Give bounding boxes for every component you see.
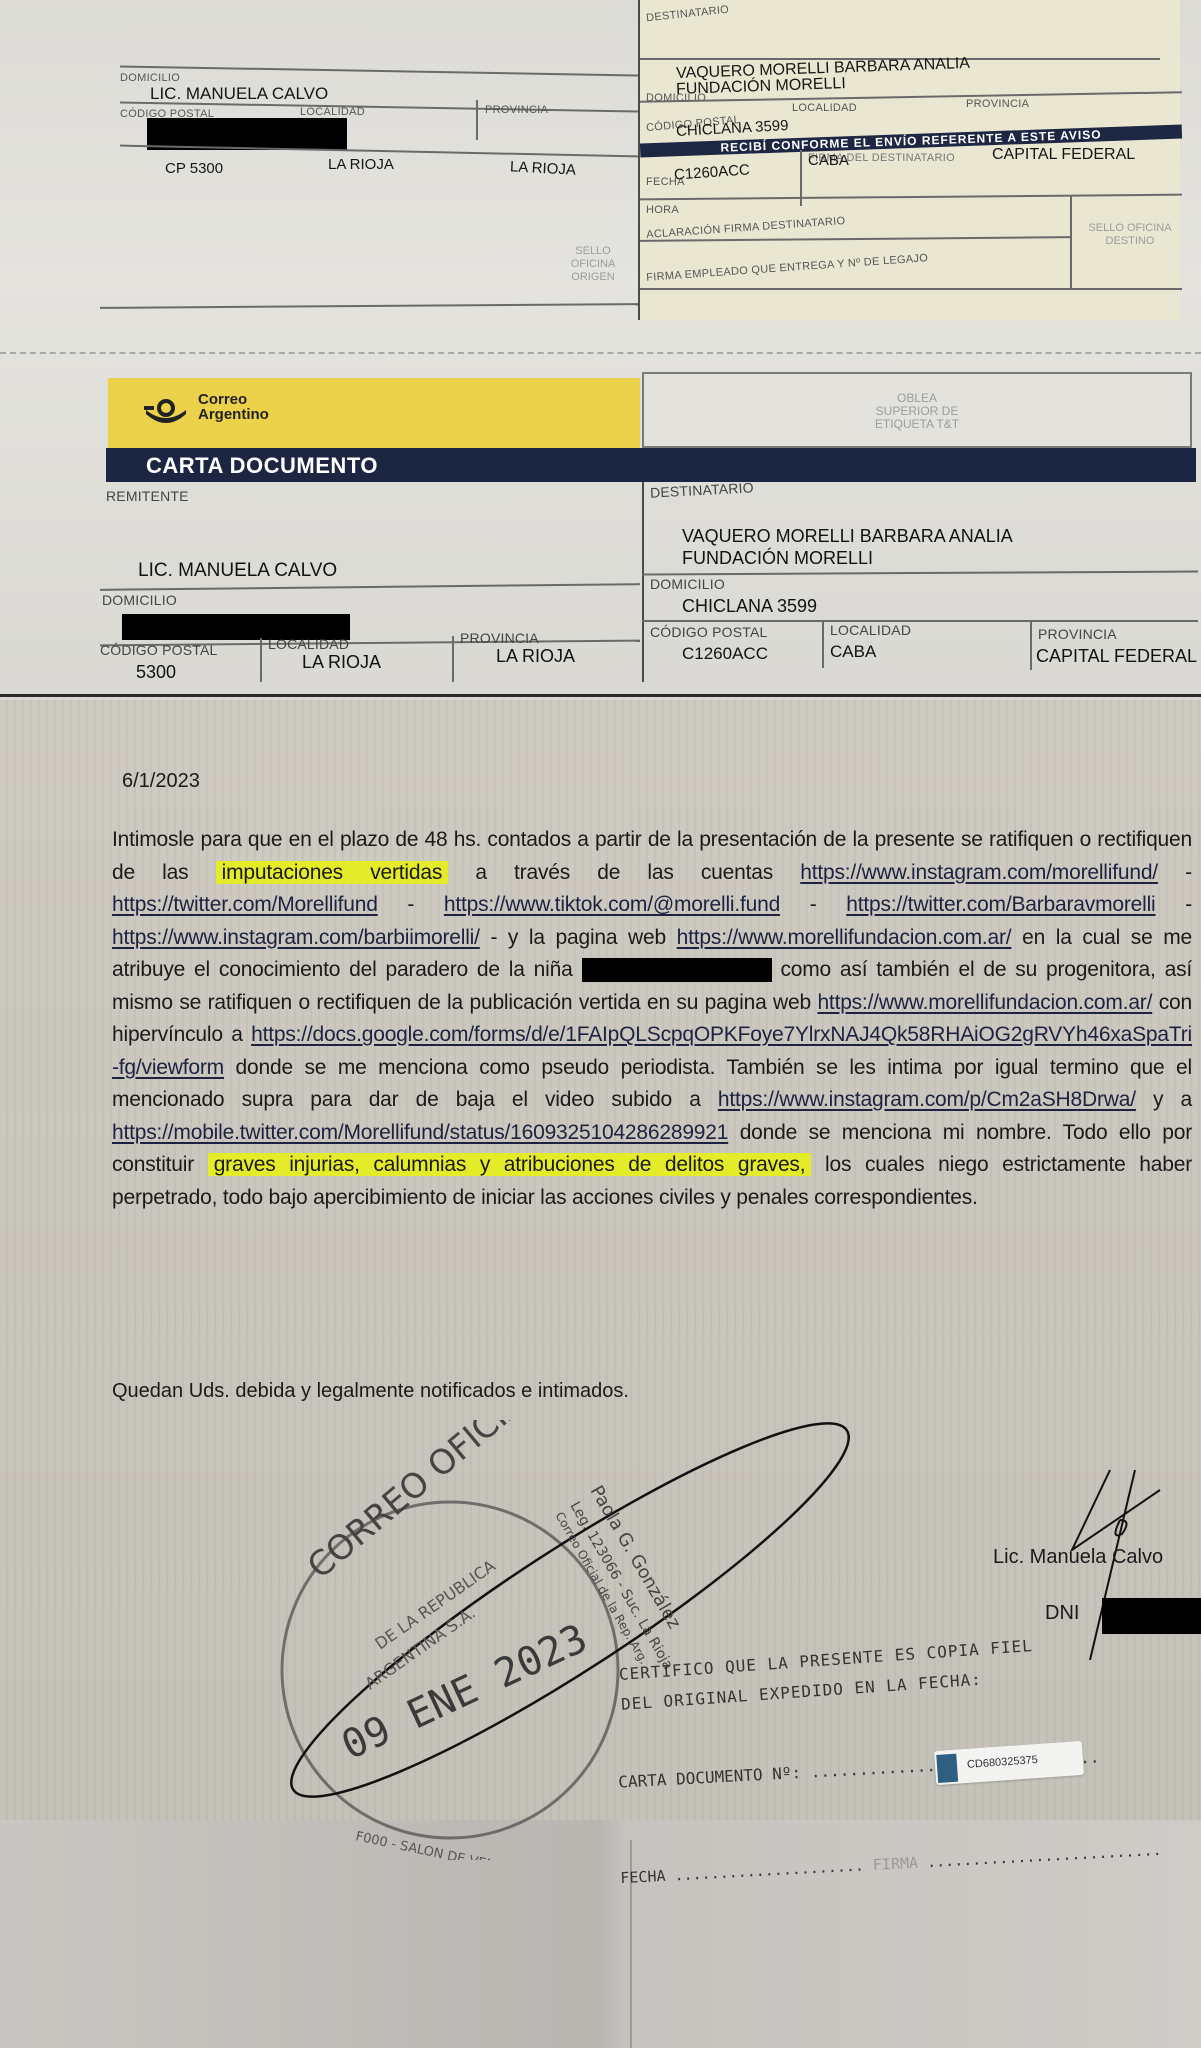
aviso-cp-value: CP 5300 bbox=[165, 160, 223, 177]
text: y a bbox=[1136, 1088, 1192, 1111]
divider bbox=[640, 288, 1182, 290]
divider bbox=[642, 620, 1198, 622]
divider bbox=[642, 571, 1198, 576]
correo-argentino-logo-icon bbox=[144, 398, 188, 426]
oblea-tt-box: OBLEA SUPERIOR DE ETIQUETA T&T bbox=[642, 372, 1192, 448]
destinatario-cp-label: CÓDIGO POSTAL bbox=[650, 624, 767, 640]
svg-text:CORREO OFICIAL: CORREO OFICIAL bbox=[300, 1420, 547, 1587]
remitente-name: LIC. MANUELA CALVO bbox=[138, 560, 337, 582]
dni-label: DNI bbox=[1045, 1602, 1079, 1625]
link-instagram-post[interactable]: https://www.instagram.com/p/Cm2aSH8Drwa/ bbox=[718, 1088, 1136, 1111]
link-morellifundacion[interactable]: https://www.morellifundacion.com.ar/ bbox=[677, 926, 1012, 949]
aviso-hora-label: HORA bbox=[646, 204, 679, 216]
sello-origen-label: SELLO OFICINA ORIGEN bbox=[568, 245, 618, 284]
aviso-destinatario-label: DESTINATARIO bbox=[646, 4, 730, 25]
form-bottom-rule bbox=[0, 694, 1201, 697]
sticker-color-tab bbox=[936, 1754, 958, 1783]
destinatario-localidad: CABA bbox=[830, 642, 876, 662]
remitente-section: REMITENTE LIC. MANUELA CALVO DOMICILIO C… bbox=[100, 482, 640, 682]
svg-text:F000 - SALON DE VENTA - LA RIO: F000 - SALON DE VENTA - LA RIOJA bbox=[354, 1829, 580, 1860]
destinatario-localidad-label: LOCALIDAD bbox=[830, 622, 911, 638]
destinatario-section: DESTINATARIO VAQUERO MORELLI BARBARA ANA… bbox=[642, 482, 1198, 682]
remitente-label: REMITENTE bbox=[106, 488, 189, 504]
correo-argentino-brand-band: Correo Argentino bbox=[108, 378, 640, 448]
text: a través de las cuentas bbox=[448, 861, 800, 884]
divider bbox=[476, 100, 478, 140]
remitente-provincia: LA RIOJA bbox=[496, 646, 575, 667]
divider bbox=[260, 638, 262, 682]
oblea-label: OBLEA SUPERIOR DE ETIQUETA T&T bbox=[644, 392, 1190, 431]
cd-number: CD680325375 bbox=[967, 1754, 1039, 1771]
aviso-aclaracion-label: ACLARACIÓN FIRMA DESTINATARIO bbox=[646, 215, 846, 241]
sello-destino-label: SELLO OFICINA DESTINO bbox=[1080, 222, 1180, 248]
remitente-cp: 5300 bbox=[136, 662, 176, 683]
letter-date: 6/1/2023 bbox=[122, 770, 200, 793]
aviso-remitente-name: LIC. MANUELA CALVO bbox=[150, 84, 328, 104]
link-tiktok-morelli[interactable]: https://www.tiktok.com/@morelli.fund bbox=[444, 893, 780, 916]
link-morellifundacion-2[interactable]: https://www.morellifundacion.com.ar/ bbox=[817, 991, 1152, 1014]
brand-name: Correo Argentino bbox=[198, 392, 269, 422]
divider bbox=[640, 194, 1182, 201]
highlight-imputaciones: imputaciones vertidas bbox=[216, 861, 448, 884]
destinatario-domicilio: CHICLANA 3599 bbox=[682, 596, 817, 617]
redacted-name bbox=[582, 958, 772, 982]
letter-paragraph: Intimosle para que en el plazo de 48 hs.… bbox=[112, 824, 1192, 1214]
link-instagram-barbiimorelli[interactable]: https://www.instagram.com/barbiimorelli/ bbox=[112, 926, 480, 949]
destinatario-provincia-label: PROVINCIA bbox=[1038, 626, 1117, 642]
text: - bbox=[1158, 861, 1192, 884]
perforation-line bbox=[0, 352, 1201, 354]
remitente-provincia-label: PROVINCIA bbox=[460, 630, 539, 646]
fecha-label: FECHA bbox=[620, 1867, 666, 1887]
aviso-dest-provincia-label: PROVINCIA bbox=[966, 98, 1029, 110]
destinatario-name-1: VAQUERO MORELLI BARBARA ANALIA bbox=[682, 526, 1013, 547]
remitente-localidad-label: LOCALIDAD bbox=[268, 636, 349, 652]
aviso-localidad-value: LA RIOJA bbox=[328, 156, 394, 173]
link-twitter-barbaravmorelli[interactable]: https://twitter.com/Barbaravmorelli bbox=[846, 893, 1155, 916]
divider bbox=[120, 65, 640, 76]
divider bbox=[100, 303, 640, 309]
redacted-dni bbox=[1102, 1598, 1201, 1634]
remitente-domicilio-label: DOMICILIO bbox=[102, 592, 177, 608]
link-instagram-morellifund[interactable]: https://www.instagram.com/morellifund/ bbox=[800, 861, 1158, 884]
link-twitter-status[interactable]: https://mobile.twitter.com/Morellifund/s… bbox=[112, 1121, 728, 1144]
signer-name: Lic. Manuela Calvo bbox=[993, 1546, 1163, 1569]
remitente-localidad: LA RIOJA bbox=[302, 652, 381, 673]
divider bbox=[100, 583, 640, 591]
postmark-stamp-icon: CORREO OFICIAL DE LA REPUBLICA ARGENTINA… bbox=[260, 1420, 880, 1860]
divider bbox=[1030, 622, 1032, 670]
aviso-remitente-section: DOMICILIO LIC. MANUELA CALVO CÓDIGO POST… bbox=[120, 40, 640, 320]
destinatario-cp: C1260ACC bbox=[682, 644, 768, 664]
aviso-dest-cp: C1260ACC bbox=[673, 161, 750, 183]
aviso-provincia-label: PROVINCIA bbox=[485, 104, 548, 116]
brand-line-2: Argentino bbox=[198, 407, 269, 422]
aviso-dest-localidad-label: LOCALIDAD bbox=[792, 102, 857, 114]
divider bbox=[452, 636, 454, 682]
aviso-empleado-label: FIRMA EMPLEADO QUE ENTREGA Y Nº DE LEGAJ… bbox=[646, 252, 929, 284]
highlight-graves-injurias: graves injurias, calumnias y atribucione… bbox=[208, 1153, 812, 1176]
aviso-dest-provincia: CAPITAL FEDERAL bbox=[992, 146, 1135, 164]
brand-line-1: Correo bbox=[198, 392, 269, 407]
aviso-dest-localidad: CABA bbox=[808, 152, 849, 169]
document-title: CARTA DOCUMENTO bbox=[146, 453, 378, 479]
firma-label: FIRMA bbox=[872, 1854, 918, 1874]
text: - y la pagina web bbox=[480, 926, 677, 949]
aviso-destinatario-section: DESTINATARIO DOMICILIO VAQUERO MORELLI B… bbox=[638, 0, 1180, 320]
text: - bbox=[1156, 893, 1192, 916]
aviso-provincia-value: LA RIOJA bbox=[510, 158, 577, 178]
divider bbox=[822, 620, 824, 668]
destinatario-domicilio-label: DOMICILIO bbox=[650, 576, 725, 592]
aviso-localidad-label: LOCALIDAD bbox=[300, 106, 365, 118]
link-twitter-morellifund[interactable]: https://twitter.com/Morellifund bbox=[112, 893, 378, 916]
text: - bbox=[780, 893, 846, 916]
remitente-cp-label: CÓDIGO POSTAL bbox=[100, 642, 217, 658]
destinatario-provincia: CAPITAL FEDERAL bbox=[1036, 646, 1197, 667]
letter-closing: Quedan Uds. debida y legalmente notifica… bbox=[112, 1380, 629, 1403]
text: - bbox=[378, 893, 444, 916]
carta-documento-band: CARTA DOCUMENTO bbox=[106, 448, 1196, 482]
destinatario-name-2: FUNDACIÓN MORELLI bbox=[682, 548, 873, 569]
aviso-domicilio-label: DOMICILIO bbox=[120, 72, 180, 84]
divider bbox=[1070, 196, 1072, 288]
divider bbox=[640, 236, 1070, 242]
destinatario-label: DESTINATARIO bbox=[650, 479, 754, 500]
